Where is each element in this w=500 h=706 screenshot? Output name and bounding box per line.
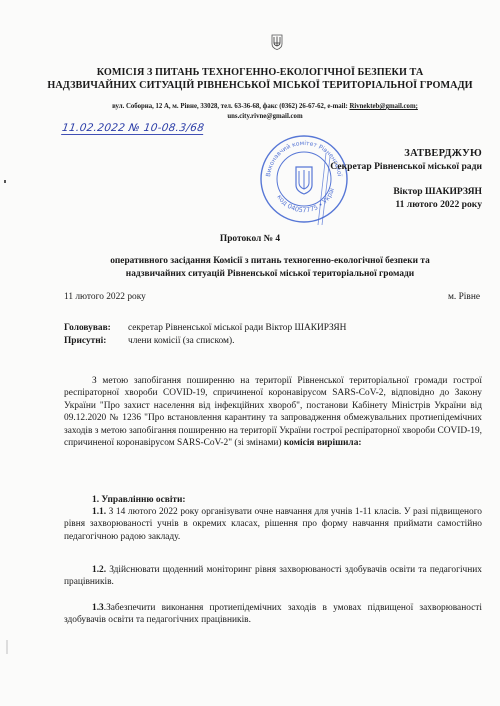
protocol-subtitle-line2: надзвичайних ситуацій Рівненської місько… bbox=[60, 268, 480, 281]
date-place-line: 11 лютого 2022 року м. Рівне bbox=[64, 292, 480, 302]
approval-title: ЗАТВЕРДЖУЮ bbox=[330, 148, 482, 161]
meeting-meta: Головував: секретар Рівненської міської … bbox=[64, 322, 346, 347]
committee-title-line2: НАДЗВИЧАЙНИХ СИТУАЦІЙ РІВНЕНСЬКОЇ МІСЬКО… bbox=[40, 79, 480, 92]
chair-label: Головував: bbox=[64, 322, 128, 335]
document-page: КОМІСІЯ З ПИТАНЬ ТЕХНОГЕННО-ЕКОЛОГІЧНОЇ … bbox=[0, 0, 500, 706]
decision-phrase: комісія вирішила: bbox=[284, 438, 362, 448]
scan-artifact bbox=[4, 180, 6, 183]
item-text: Здійснювати щоденний моніторинг рівня за… bbox=[64, 565, 482, 587]
present-label: Присутні: bbox=[64, 335, 128, 348]
scan-artifact bbox=[6, 640, 8, 654]
item-1-1: 1.1. З 14 лютого 2022 року організувати … bbox=[64, 506, 482, 543]
approval-block: ЗАТВЕРДЖУЮ Секретар Рівненської міської … bbox=[330, 148, 482, 211]
handwritten-registration-number: 11.02.2022 № 10-08.3/68 bbox=[61, 122, 205, 135]
preamble-paragraph: З метою запобігання поширенню на територ… bbox=[64, 375, 482, 449]
item-1-3: 1.3.Забезпечити виконання протиепідемічн… bbox=[64, 602, 482, 627]
item-number: 1.1. bbox=[92, 507, 106, 517]
approval-name: Віктор ШАКИРЗЯН bbox=[330, 186, 482, 199]
item-number: 1.2. bbox=[92, 565, 106, 575]
present-value: члени комісії (за списком). bbox=[128, 335, 234, 348]
approval-position: Секретар Рівненської міської ради bbox=[330, 161, 482, 174]
email-link-primary[interactable]: Rivnekteb@gmail.com; bbox=[349, 103, 417, 110]
preamble-text: З метою запобігання поширенню на територ… bbox=[64, 376, 482, 448]
committee-title: КОМІСІЯ З ПИТАНЬ ТЕХНОГЕННО-ЕКОЛОГІЧНОЇ … bbox=[40, 66, 480, 92]
trident-coat-of-arms-icon bbox=[271, 34, 283, 50]
approval-date: 11 лютого 2022 року bbox=[330, 199, 482, 212]
chair-value: секретар Рівненської міської ради Віктор… bbox=[128, 322, 346, 335]
contact-address: вул. Соборна, 12 А, м. Рівне, 33028, тел… bbox=[112, 103, 349, 110]
protocol-date: 11 лютого 2022 року bbox=[64, 292, 146, 302]
protocol-subtitle-line1: оперативного засідання Комісії з питань … bbox=[60, 255, 480, 268]
item-text: .Забезпечити виконання протиепідемічних … bbox=[64, 603, 482, 625]
protocol-place: м. Рівне bbox=[448, 292, 480, 302]
item-text: З 14 лютого 2022 року організувати очне … bbox=[64, 507, 482, 542]
committee-title-line1: КОМІСІЯ З ПИТАНЬ ТЕХНОГЕННО-ЕКОЛОГІЧНОЇ … bbox=[40, 66, 480, 79]
item-1-2: 1.2. Здійснювати щоденний моніторинг рів… bbox=[64, 564, 482, 589]
item-number: 1.3 bbox=[92, 603, 104, 613]
contacts-block: вул. Соборна, 12 А, м. Рівне, 33028, тел… bbox=[55, 102, 475, 121]
section-heading-education: 1. Управлінню освіти: bbox=[64, 494, 482, 506]
protocol-subtitle: оперативного засідання Комісії з питань … bbox=[60, 255, 480, 280]
protocol-title: Протокол № 4 bbox=[0, 234, 500, 244]
email-secondary: uns.city.rivne@gmail.com bbox=[55, 112, 475, 122]
